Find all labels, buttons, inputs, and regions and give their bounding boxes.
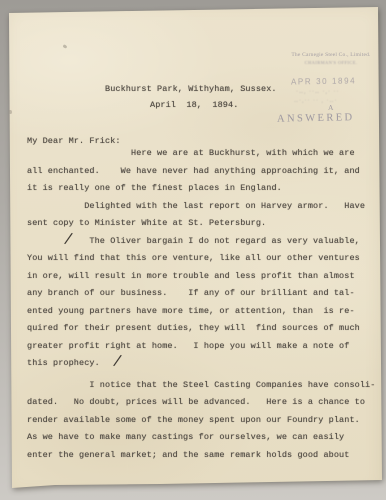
letter-date: April 18, 1894. <box>150 100 238 110</box>
typed-line: this prophecy. <box>27 355 367 373</box>
typed-line: ented young partners have more time, or … <box>27 303 367 321</box>
typed-line: Here we are at Buckhurst, with which we … <box>27 145 367 163</box>
faint-stamp-line: ·‥, ··‥ ·,· ·· <box>296 88 340 95</box>
pencil-speck <box>9 110 12 114</box>
letter-paper: The Carnegie Steel Co., Limited. CHAIRMA… <box>0 0 386 500</box>
typed-line: You will find that this ore venture, lik… <box>27 250 367 268</box>
typed-line: in ore, will result in more trouble and … <box>27 268 367 286</box>
typed-line: all enchanted. We have never had anythin… <box>27 163 367 181</box>
typed-line: any branch of our business. If any of ou… <box>27 285 367 303</box>
typed-line: render available some of the money spent… <box>27 412 367 430</box>
answered-stamp: ANSWERED <box>277 112 355 125</box>
typed-line: quired for their present duties, they wi… <box>27 320 367 338</box>
typed-line: I notice that the Steel Casting Companie… <box>27 377 367 395</box>
pencil-speck <box>63 44 68 49</box>
company-stamp-line2: CHAIRMAN'S OFFICE. <box>286 60 376 65</box>
stamp-initial: A <box>328 103 333 112</box>
typed-line: enter the general market; and the same r… <box>27 447 367 465</box>
letter-address: Buckhurst Park, Withyham, Sussex. <box>105 84 277 94</box>
typed-line: greater profit right at home. I hope you… <box>27 338 367 356</box>
typed-line: sent copy to Minister White at St. Peter… <box>27 215 367 233</box>
typed-line: Delighted with the last report on Harvey… <box>27 198 367 216</box>
company-stamp-line1: The Carnegie Steel Co., Limited. <box>286 52 376 58</box>
typed-line: it is really one of the finest places in… <box>27 180 367 198</box>
letter-body: Here we are at Buckhurst, with which we … <box>27 145 367 464</box>
date-received-stamp: APR 30 1894 <box>291 76 356 86</box>
typed-line: The Oliver bargain I do not regard as ve… <box>27 233 367 251</box>
typed-line: dated. No doubt, prices will be advanced… <box>27 394 367 412</box>
letter-paper-wrapper: The Carnegie Steel Co., Limited. CHAIRMA… <box>0 0 386 500</box>
typed-line: As we have to make many castings for our… <box>27 429 367 447</box>
